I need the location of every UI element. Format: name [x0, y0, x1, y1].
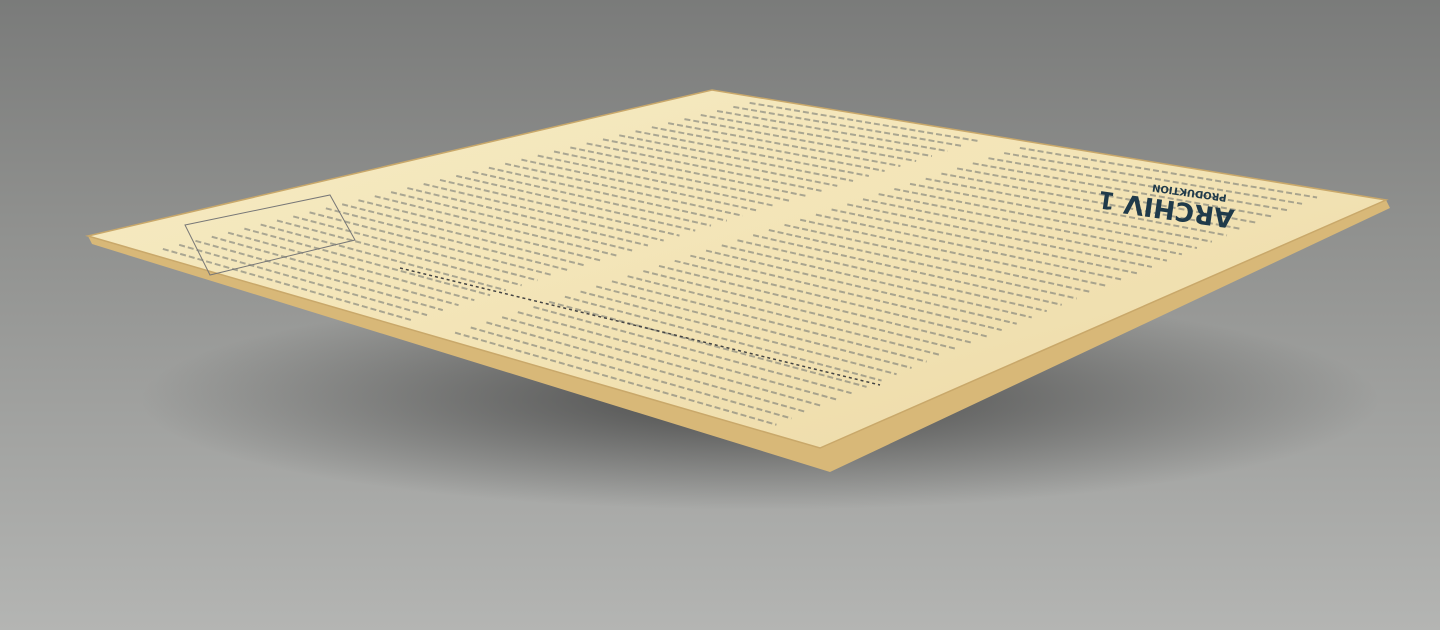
record-jacket-drawing: ARCHIV PRODUKTION 1 [0, 0, 1440, 630]
photo-scene: ARCHIV PRODUKTION 1 [0, 0, 1440, 630]
